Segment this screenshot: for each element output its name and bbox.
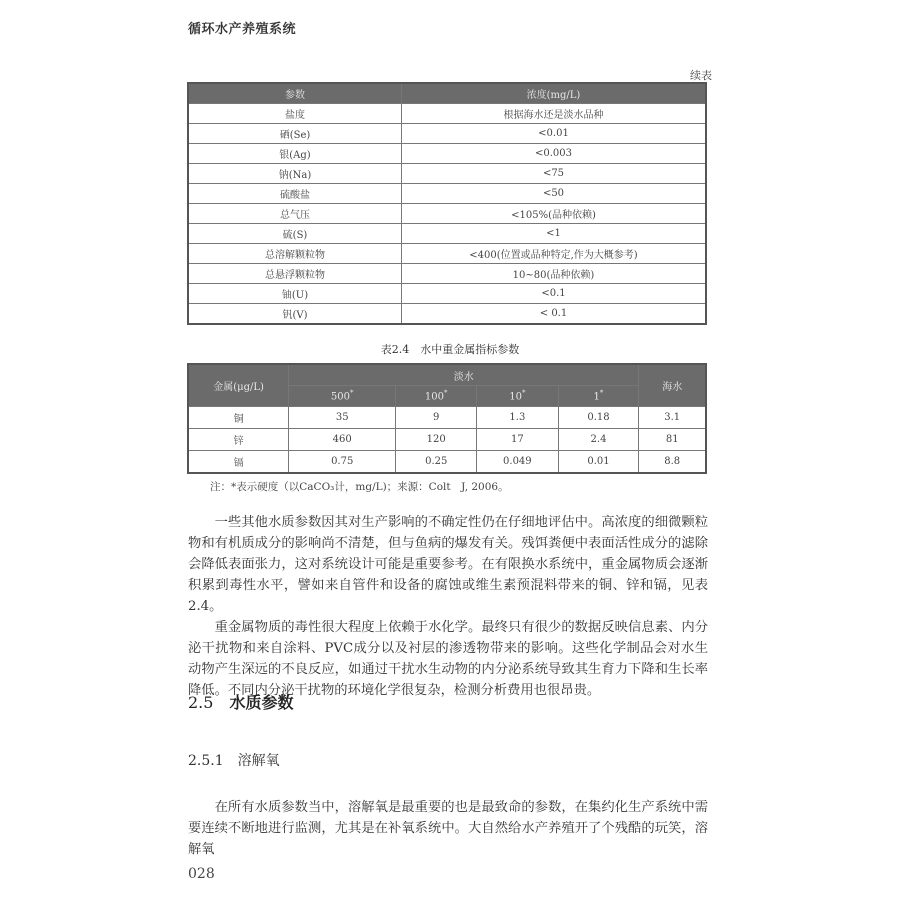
cell-value: 0.01 xyxy=(558,451,639,474)
column-header-parameter: 参数 xyxy=(188,83,402,104)
table-header-row: 金属(μg/L) 淡水 海水 xyxy=(188,364,706,386)
cell-param: 银(Ag) xyxy=(188,144,402,164)
cell-value: 0.75 xyxy=(289,451,396,474)
cell-value: 3.1 xyxy=(639,407,706,429)
table-row-copper: 铜 35 9 1.3 0.18 3.1 xyxy=(188,407,706,429)
body-text: 一些其他水质参数因其对生产影响的不确定性仍在仔细地评估中。高浓度的细微颗粒物和有… xyxy=(188,512,708,701)
cell-value: <0.01 xyxy=(402,124,707,144)
column-header-metal: 金属(μg/L) xyxy=(188,364,289,407)
table-row: 铀(U)<0.1 xyxy=(188,284,706,304)
cell-value: 81 xyxy=(639,429,706,451)
section-heading: 2.5水质参数 xyxy=(188,690,293,713)
cell-value: 9 xyxy=(396,407,477,429)
table-caption: 表2.4 水中重金属指标参数 xyxy=(0,341,900,357)
cell-param: 铀(U) xyxy=(188,284,402,304)
section-title: 水质参数 xyxy=(229,693,293,712)
cell-value: 2.4 xyxy=(558,429,639,451)
cell-value: <1 xyxy=(402,224,707,244)
column-header-seawater: 海水 xyxy=(639,364,706,407)
table-row: 钠(Na)<75 xyxy=(188,164,706,184)
table-row: 总悬浮颗粒物10~80(品种依赖) xyxy=(188,264,706,284)
running-head: 循环水产养殖系统 xyxy=(188,18,296,37)
cell-value: <400(位置或品种特定,作为大概参考) xyxy=(402,244,707,264)
table-header-row: 参数 浓度(mg/L) xyxy=(188,83,706,104)
cell-value: 10~80(品种依赖) xyxy=(402,264,707,284)
table-row: 总气压<105%(品种依赖) xyxy=(188,204,706,224)
hardness-500: 500* xyxy=(289,386,396,407)
table-row: 硫(S)<1 xyxy=(188,224,706,244)
hardness-1: 1* xyxy=(558,386,639,407)
hardness-100: 100* xyxy=(396,386,477,407)
cell-param: 硫酸盐 xyxy=(188,184,402,204)
cell-value: 17 xyxy=(477,429,558,451)
cell-value: <0.003 xyxy=(402,144,707,164)
cell-value: 根据海水还是淡水品种 xyxy=(402,104,707,124)
subsection-title: 溶解氧 xyxy=(238,753,280,769)
table-row: 钒(V)< 0.1 xyxy=(188,304,706,325)
column-header-concentration: 浓度(mg/L) xyxy=(402,83,707,104)
subsection-heading: 2.5.1溶解氧 xyxy=(188,750,280,770)
cell-value: 8.8 xyxy=(639,451,706,474)
cell-metal: 锌 xyxy=(188,429,289,451)
parameter-table-continued: 参数 浓度(mg/L) 盐度根据海水还是淡水品种 硒(Se)<0.01 银(Ag… xyxy=(187,82,707,325)
cell-value: 120 xyxy=(396,429,477,451)
cell-param: 硒(Se) xyxy=(188,124,402,144)
cell-value: 35 xyxy=(289,407,396,429)
table-row: 硒(Se)<0.01 xyxy=(188,124,706,144)
cell-metal: 镉 xyxy=(188,451,289,474)
table-row-cadmium: 镉 0.75 0.25 0.049 0.01 8.8 xyxy=(188,451,706,474)
cell-param: 钒(V) xyxy=(188,304,402,325)
cell-value: 0.25 xyxy=(396,451,477,474)
cell-value: <105%(品种依赖) xyxy=(402,204,707,224)
section-number: 2.5 xyxy=(188,693,213,712)
table-row: 盐度根据海水还是淡水品种 xyxy=(188,104,706,124)
cell-param: 总溶解颗粒物 xyxy=(188,244,402,264)
cell-param: 盐度 xyxy=(188,104,402,124)
cell-value: 460 xyxy=(289,429,396,451)
cell-param: 总气压 xyxy=(188,204,402,224)
cell-value: <75 xyxy=(402,164,707,184)
cell-value: <0.1 xyxy=(402,284,707,304)
cell-param: 钠(Na) xyxy=(188,164,402,184)
cell-metal: 铜 xyxy=(188,407,289,429)
table-note: 注：*表示硬度（以CaCO₃计，mg/L)；来源：Colt J, 2006。 xyxy=(210,479,509,494)
body-text-oxygen: 在所有水质参数当中，溶解氧是最重要的也是最致命的参数，在集约化生产系统中需要连续… xyxy=(188,797,708,860)
subsection-number: 2.5.1 xyxy=(188,753,224,769)
cell-value: 0.18 xyxy=(558,407,639,429)
paragraph: 在所有水质参数当中，溶解氧是最重要的也是最致命的参数，在集约化生产系统中需要连续… xyxy=(188,797,708,860)
column-header-freshwater: 淡水 xyxy=(289,364,639,386)
table-row: 银(Ag)<0.003 xyxy=(188,144,706,164)
paragraph: 一些其他水质参数因其对生产影响的不确定性仍在仔细地评估中。高浓度的细微颗粒物和有… xyxy=(188,512,708,617)
heavy-metal-table: 金属(μg/L) 淡水 海水 500* 100* 10* 1* 铜 35 9 1… xyxy=(187,363,707,474)
cell-value: <50 xyxy=(402,184,707,204)
table-row-zinc: 锌 460 120 17 2.4 81 xyxy=(188,429,706,451)
hardness-10: 10* xyxy=(477,386,558,407)
paragraph: 重金属物质的毒性很大程度上依赖于水化学。最终只有很少的数据反映信息素、内分泌干扰… xyxy=(188,617,708,701)
cell-value: 1.3 xyxy=(477,407,558,429)
cell-param: 总悬浮颗粒物 xyxy=(188,264,402,284)
continued-label: 续表 xyxy=(690,67,712,83)
table-row: 总溶解颗粒物<400(位置或品种特定,作为大概参考) xyxy=(188,244,706,264)
table-row: 硫酸盐<50 xyxy=(188,184,706,204)
cell-param: 硫(S) xyxy=(188,224,402,244)
cell-value: 0.049 xyxy=(477,451,558,474)
cell-value: < 0.1 xyxy=(402,304,707,325)
page-number: 028 xyxy=(188,866,215,882)
